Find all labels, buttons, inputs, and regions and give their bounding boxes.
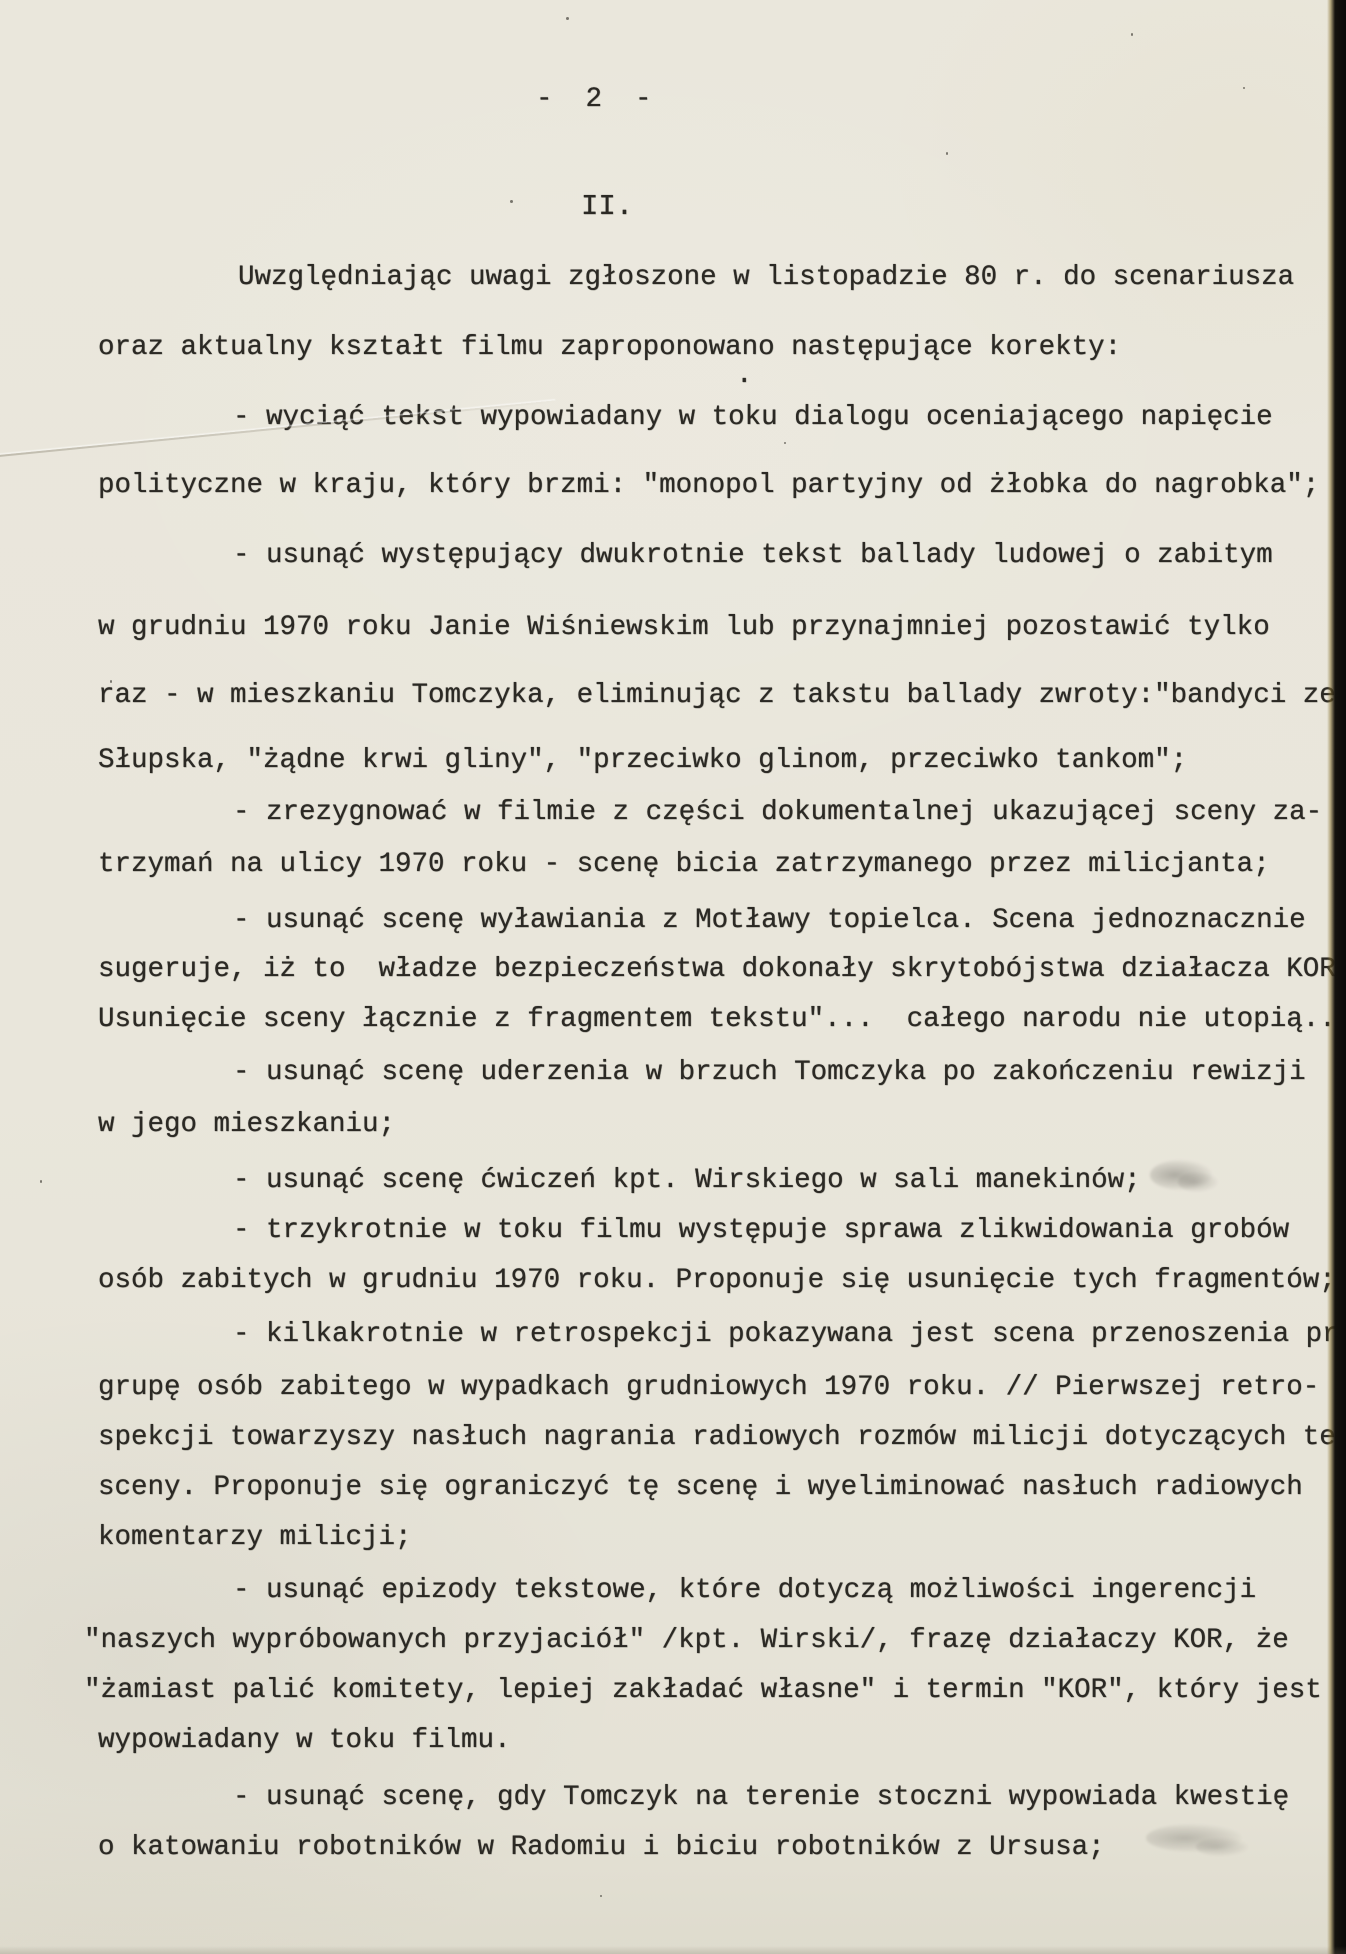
text-line: grupę osób zabitego w wypadkach grudniow… xyxy=(98,1372,1319,1404)
ink-smudge xyxy=(1196,1838,1248,1856)
text-line: - usunąć scenę wyławiania z Motławy topi… xyxy=(233,905,1306,937)
text-line: polityczne w kraju, który brzmi: "monopo… xyxy=(98,470,1319,502)
paper-speck xyxy=(40,1180,42,1183)
text-line: - usunąć epizody tekstowe, które dotyczą… xyxy=(233,1575,1256,1607)
text-line: - usunąć scenę ćwiczeń kpt. Wirskiego w … xyxy=(233,1165,1141,1197)
ink-smudge xyxy=(1178,1172,1218,1192)
text-line: w jego mieszkaniu; xyxy=(98,1109,395,1141)
text-line: - usunąć występujący dwukrotnie tekst ba… xyxy=(233,540,1273,572)
paper-speck xyxy=(600,1895,602,1897)
paper-speck xyxy=(1243,87,1245,89)
text-line: - kilkakrotnie w retrospekcji pokazywana… xyxy=(233,1319,1346,1351)
paper-speck xyxy=(110,680,112,683)
text-line: spekcji towarzyszy nasłuch nagrania radi… xyxy=(98,1422,1346,1454)
section-heading: II. xyxy=(581,190,633,223)
text-line: osób zabitych w grudniu 1970 roku. Propo… xyxy=(98,1265,1336,1297)
text-line: "żamiast palić komitety, lepiej zakładać… xyxy=(84,1675,1322,1707)
paper-speck xyxy=(1131,33,1133,36)
text-line: Usunięcie sceny łącznie z fragmentem tek… xyxy=(98,1004,1346,1036)
text-line: wypowiadany w toku filmu. xyxy=(98,1725,511,1757)
text-line: Słupska, "żądne krwi gliny", "przeciwko … xyxy=(98,745,1187,777)
text-line: oraz aktualny kształt filmu zaproponowan… xyxy=(98,332,1121,364)
text-line: - zrezygnować w filmie z części dokument… xyxy=(233,797,1322,829)
paper-speck xyxy=(946,152,948,155)
text-line: Uwzględniając uwagi zgłoszone w listopad… xyxy=(238,262,1294,294)
document-page: - 2 - II. Uwzględniając uwagi zgłoszone … xyxy=(0,0,1346,1954)
scan-edge-band xyxy=(1327,0,1346,1954)
text-line: komentarzy milicji; xyxy=(98,1522,412,1554)
text-line: raz - w mieszkaniu Tomczyka, eliminując … xyxy=(98,680,1336,712)
page-number: - 2 - xyxy=(536,84,652,116)
text-line: - usunąć scenę, gdy Tomczyk na terenie s… xyxy=(233,1782,1289,1814)
text-line: "naszych wypróbowanych przyjaciół" /kpt.… xyxy=(84,1625,1289,1657)
text-line: - trzykrotnie w toku filmu występuje spr… xyxy=(233,1215,1289,1247)
text-line: . xyxy=(736,360,753,392)
text-line: - usunąć scenę uderzenia w brzuch Tomczy… xyxy=(233,1057,1306,1089)
paper-speck xyxy=(566,17,569,20)
text-line: w grudniu 1970 roku Janie Wiśniewskim lu… xyxy=(98,612,1270,644)
paper-speck xyxy=(784,442,786,444)
text-line: sceny. Proponuje się ograniczyć tę scenę… xyxy=(98,1472,1303,1504)
paper-speck xyxy=(510,200,513,203)
text-line: o katowaniu robotników w Radomiu i biciu… xyxy=(98,1832,1105,1864)
text-line: trzymań na ulicy 1970 roku - scenę bicia… xyxy=(98,849,1270,881)
text-line: sugeruje, iż to władze bezpieczeństwa do… xyxy=(98,954,1346,986)
